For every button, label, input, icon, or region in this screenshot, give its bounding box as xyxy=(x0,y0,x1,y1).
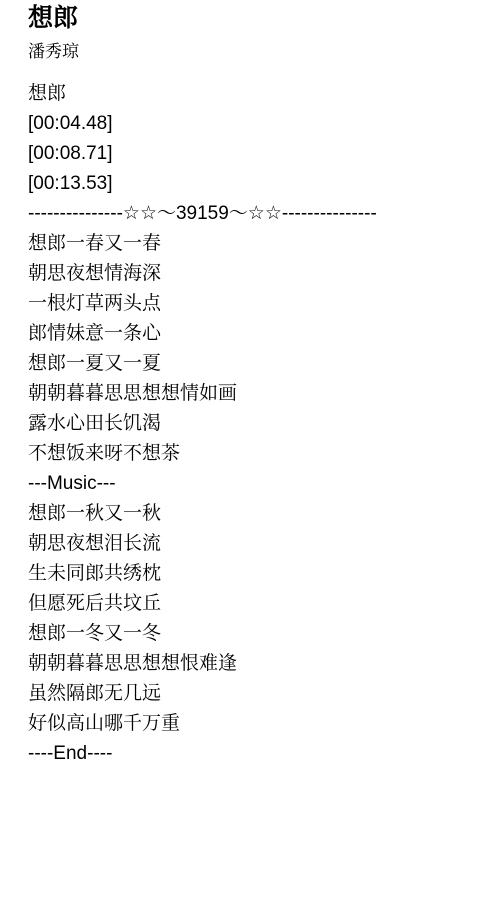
artist-name: 潘秀琼 xyxy=(28,40,482,64)
lyrics-page: 想郎 潘秀琼 想郎 [00:04.48] [00:08.71] [00:13.5… xyxy=(0,0,500,769)
lyric-line-timestamp: [00:08.71] xyxy=(28,139,482,169)
lyric-line: 想郎 xyxy=(28,79,482,109)
lyric-music-divider: ---Music--- xyxy=(28,469,482,499)
lyric-divider: ---------------☆☆～39159～☆☆--------------… xyxy=(28,199,482,229)
lyric-line: 朝朝暮暮思思想想情如画 xyxy=(28,379,482,409)
lyric-end-divider: ----End---- xyxy=(28,739,482,769)
lyric-line: 朝思夜想情海深 xyxy=(28,259,482,289)
lyric-line: 露水心田长饥渴 xyxy=(28,409,482,439)
lyrics-list: 想郎 [00:04.48] [00:08.71] [00:13.53] ----… xyxy=(28,79,482,769)
lyric-line: 朝朝暮暮思思想想恨难逢 xyxy=(28,649,482,679)
lyric-line: 但愿死后共坟丘 xyxy=(28,589,482,619)
lyric-line: 想郎一春又一春 xyxy=(28,229,482,259)
lyric-line: 想郎一秋又一秋 xyxy=(28,499,482,529)
lyric-line: 郎情妹意一条心 xyxy=(28,319,482,349)
lyric-line: 一根灯草两头点 xyxy=(28,289,482,319)
lyric-line: 好似高山哪千万重 xyxy=(28,709,482,739)
lyric-line: 虽然隔郎无几远 xyxy=(28,679,482,709)
lyric-line: 生未同郎共绣枕 xyxy=(28,559,482,589)
song-title: 想郎 xyxy=(28,2,482,34)
lyric-line: 朝思夜想泪长流 xyxy=(28,529,482,559)
lyric-line-timestamp: [00:04.48] xyxy=(28,109,482,139)
lyric-line-timestamp: [00:13.53] xyxy=(28,169,482,199)
lyric-line: 想郎一冬又一冬 xyxy=(28,619,482,649)
lyric-line: 想郎一夏又一夏 xyxy=(28,349,482,379)
lyric-line: 不想饭来呀不想茶 xyxy=(28,439,482,469)
